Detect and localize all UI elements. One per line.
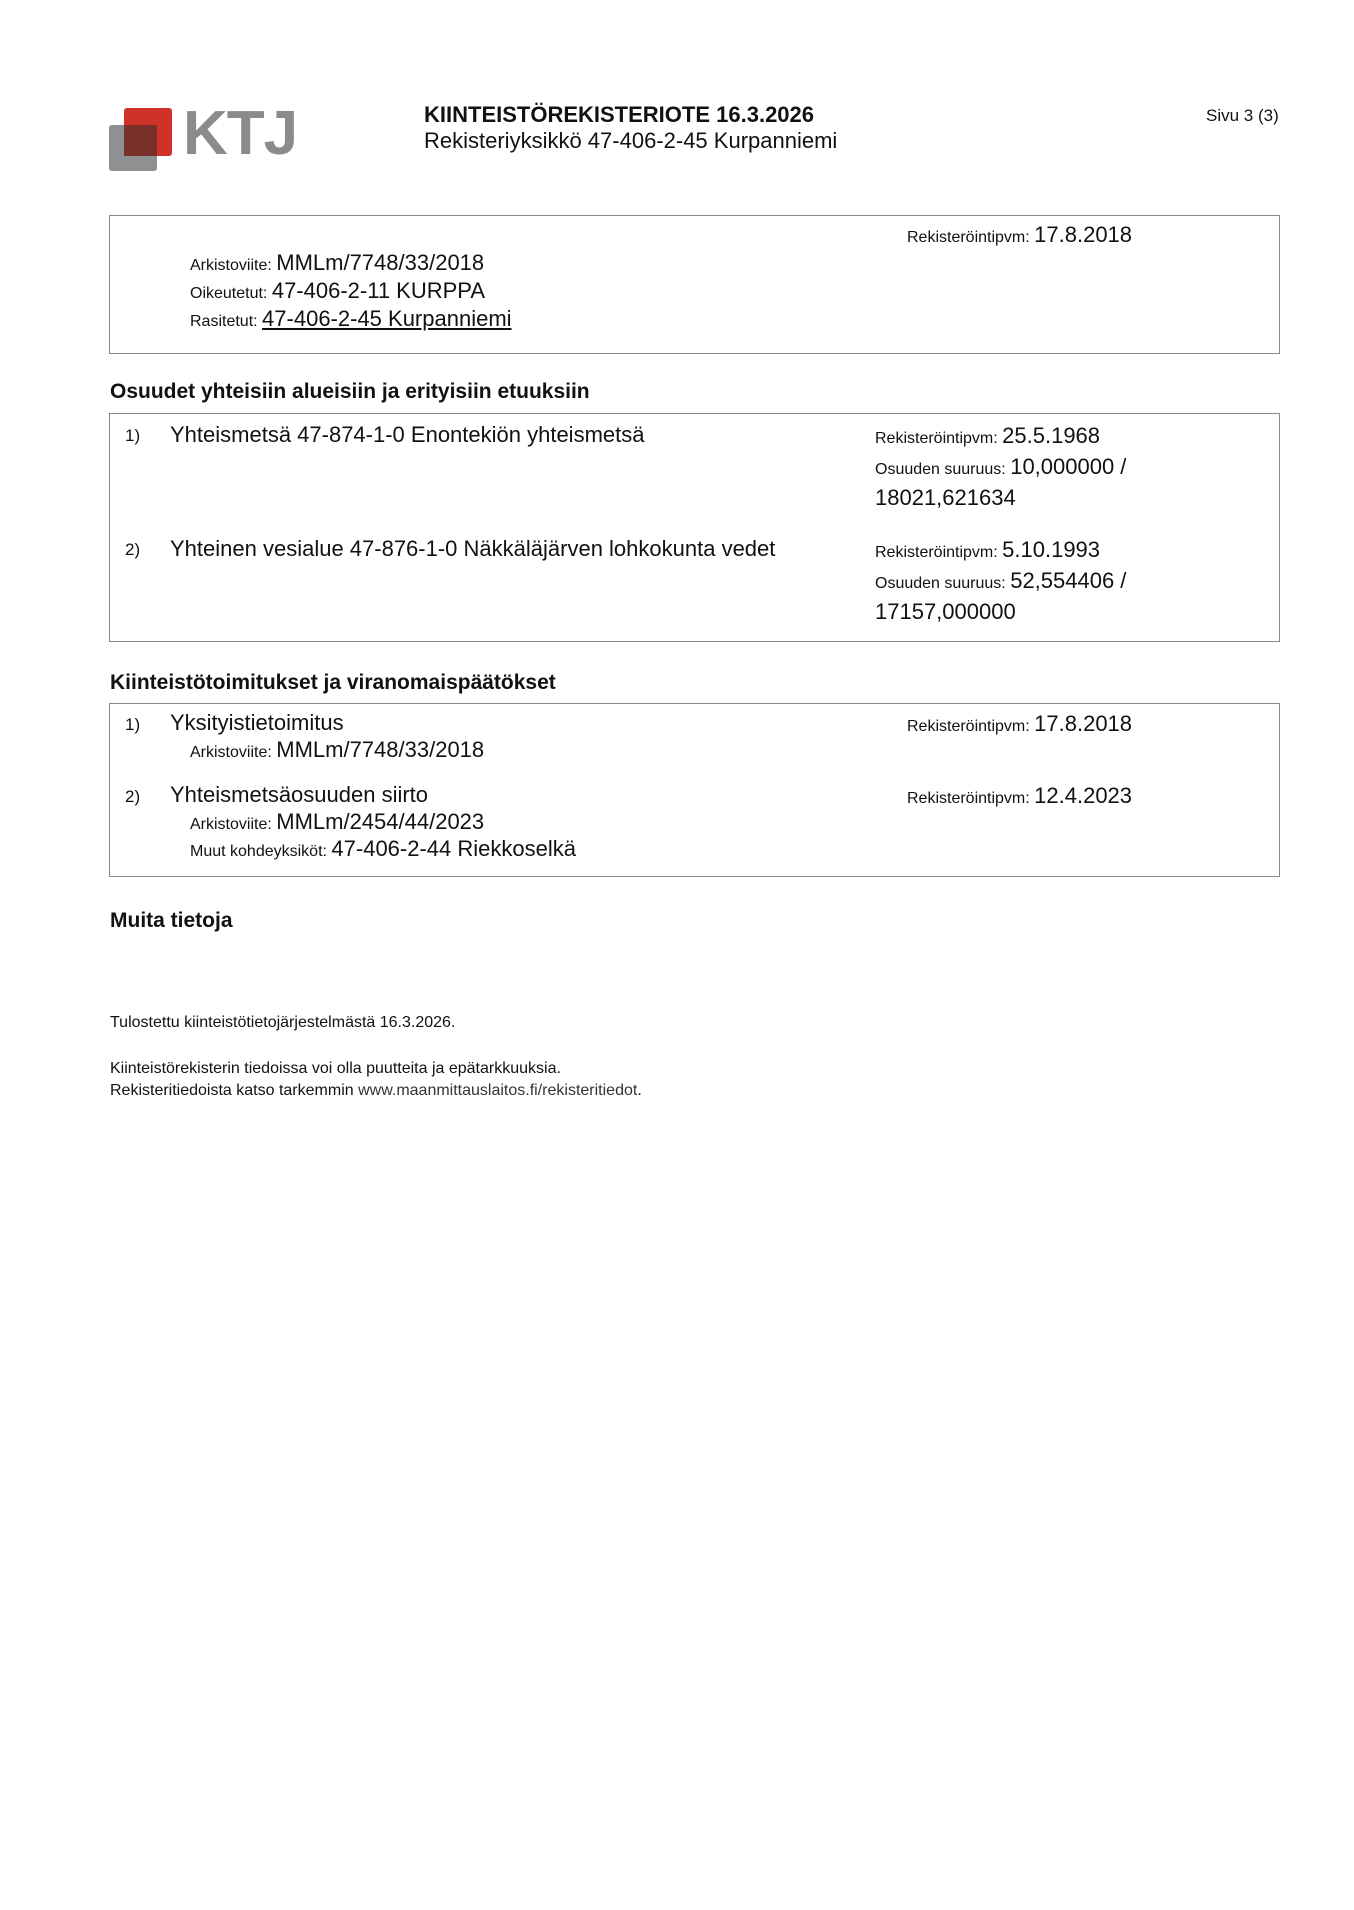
other-units-value: 47-406-2-44 Riekkoselkä [331, 836, 576, 861]
encumbered-label: Rasitetut: [190, 313, 258, 330]
proceeding-registration-date: Rekisteröintipvm: 12.4.2023 [907, 783, 1132, 809]
share-size-value: 52,554406 / [1010, 568, 1126, 593]
logo-overlap-square [124, 125, 157, 156]
archive-ref-label: Arkistoviite: [190, 816, 272, 833]
share-size-value: 10,000000 / [1010, 454, 1126, 479]
share-size-label: Osuuden suuruus: [875, 461, 1006, 478]
archive-ref-label: Arkistoviite: [190, 744, 272, 761]
share-item-title: Yhteinen vesialue 47-876-1-0 Näkkäläjärv… [170, 536, 775, 562]
registration-date-label: Rekisteröintipvm: [907, 229, 1030, 246]
proceedings-section-heading: Kiinteistötoimitukset ja viranomaispäätö… [110, 671, 556, 695]
registration-date-label: Rekisteröintipvm: [907, 790, 1030, 807]
beneficiaries-label: Oikeutetut: [190, 285, 267, 302]
more-info-prefix: Rekisteritiedoista katso tarkemmin [110, 1082, 358, 1099]
registration-date-value: 12.4.2023 [1034, 783, 1132, 808]
registration-date-value: 17.8.2018 [1034, 711, 1132, 736]
other-info-section-heading: Muita tietoja [110, 909, 233, 933]
share-size-value-cont: 17157,000000 [875, 599, 1016, 625]
archive-ref-value: MMLm/7748/33/2018 [276, 250, 484, 275]
share-item-number: 1) [125, 426, 140, 446]
registration-date-value: 5.10.1993 [1002, 537, 1100, 562]
proceedings-box: 1) Yksityistietoimitus Arkistoviite: MML… [109, 703, 1280, 877]
encumbered-value: 47-406-2-45 Kurpanniemi [262, 306, 512, 331]
archive-ref-value: MMLm/7748/33/2018 [276, 737, 484, 762]
proceeding-item-title: Yksityistietoimitus [170, 710, 344, 736]
share-size-label: Osuuden suuruus: [875, 575, 1006, 592]
proceeding-item-number: 2) [125, 787, 140, 807]
ktj-logo: KTJ [109, 107, 279, 173]
archive-ref-label: Arkistoviite: [190, 257, 272, 274]
shares-section-heading: Osuudet yhteisiin alueisiin ja erityisii… [110, 380, 590, 404]
share-size-value-cont: 18021,621634 [875, 485, 1016, 511]
registration-date-label: Rekisteröintipvm: [907, 718, 1030, 735]
registration-date-row: Rekisteröintipvm: 17.8.2018 [907, 222, 1132, 248]
share-item-title: Yhteismetsä 47-874-1-0 Enontekiön yhteis… [170, 422, 644, 448]
archive-ref-row: Arkistoviite: MMLm/2454/44/2023 [190, 809, 484, 835]
share-item-registration-date: Rekisteröintipvm: 25.5.1968 [875, 423, 1100, 449]
proceeding-item-title: Yhteismetsäosuuden siirto [170, 782, 428, 808]
more-info-note: Rekisteritiedoista katso tarkemmin www.m… [110, 1082, 642, 1100]
share-item-size: Osuuden suuruus: 10,000000 / [875, 454, 1126, 480]
proceeding-registration-date: Rekisteröintipvm: 17.8.2018 [907, 711, 1132, 737]
printed-note: Tulostettu kiinteistötietojärjestelmästä… [110, 1014, 455, 1032]
beneficiaries-row: Oikeutetut: 47-406-2-11 KURPPA [190, 278, 485, 304]
registration-date-value: 17.8.2018 [1034, 222, 1132, 247]
archive-ref-row: Arkistoviite: MMLm/7748/33/2018 [190, 737, 484, 763]
proceeding-item-number: 1) [125, 715, 140, 735]
document-title: KIINTEISTÖREKISTERIOTE 16.3.2026 [424, 102, 814, 128]
shares-box: 1) Yhteismetsä 47-874-1-0 Enontekiön yht… [109, 413, 1280, 642]
other-units-label: Muut kohdeyksiköt: [190, 843, 327, 860]
registration-date-label: Rekisteröintipvm: [875, 544, 998, 561]
archive-ref-value: MMLm/2454/44/2023 [276, 809, 484, 834]
share-item-size: Osuuden suuruus: 52,554406 / [875, 568, 1126, 594]
registration-date-label: Rekisteröintipvm: [875, 430, 998, 447]
logo-text: KTJ [183, 101, 297, 167]
share-item-registration-date: Rekisteröintipvm: 5.10.1993 [875, 537, 1100, 563]
share-item-number: 2) [125, 540, 140, 560]
registration-date-value: 25.5.1968 [1002, 423, 1100, 448]
archive-ref-row: Arkistoviite: MMLm/7748/33/2018 [190, 250, 484, 276]
encumbered-row: Rasitetut: 47-406-2-45 Kurpanniemi [190, 306, 512, 332]
disclaimer-note: Kiinteistörekisterin tiedoissa voi olla … [110, 1060, 561, 1078]
document-subtitle: Rekisteriyksikkö 47-406-2-45 Kurpanniemi [424, 128, 837, 154]
page-indicator: Sivu 3 (3) [1206, 106, 1279, 126]
other-units-row: Muut kohdeyksiköt: 47-406-2-44 Riekkosel… [190, 836, 576, 862]
more-info-suffix: . [637, 1082, 641, 1099]
continued-entry-box: Rekisteröintipvm: 17.8.2018 Arkistoviite… [109, 215, 1280, 354]
beneficiaries-value: 47-406-2-11 KURPPA [272, 278, 485, 303]
more-info-link[interactable]: www.maanmittauslaitos.fi/rekisteritiedot [358, 1082, 637, 1099]
